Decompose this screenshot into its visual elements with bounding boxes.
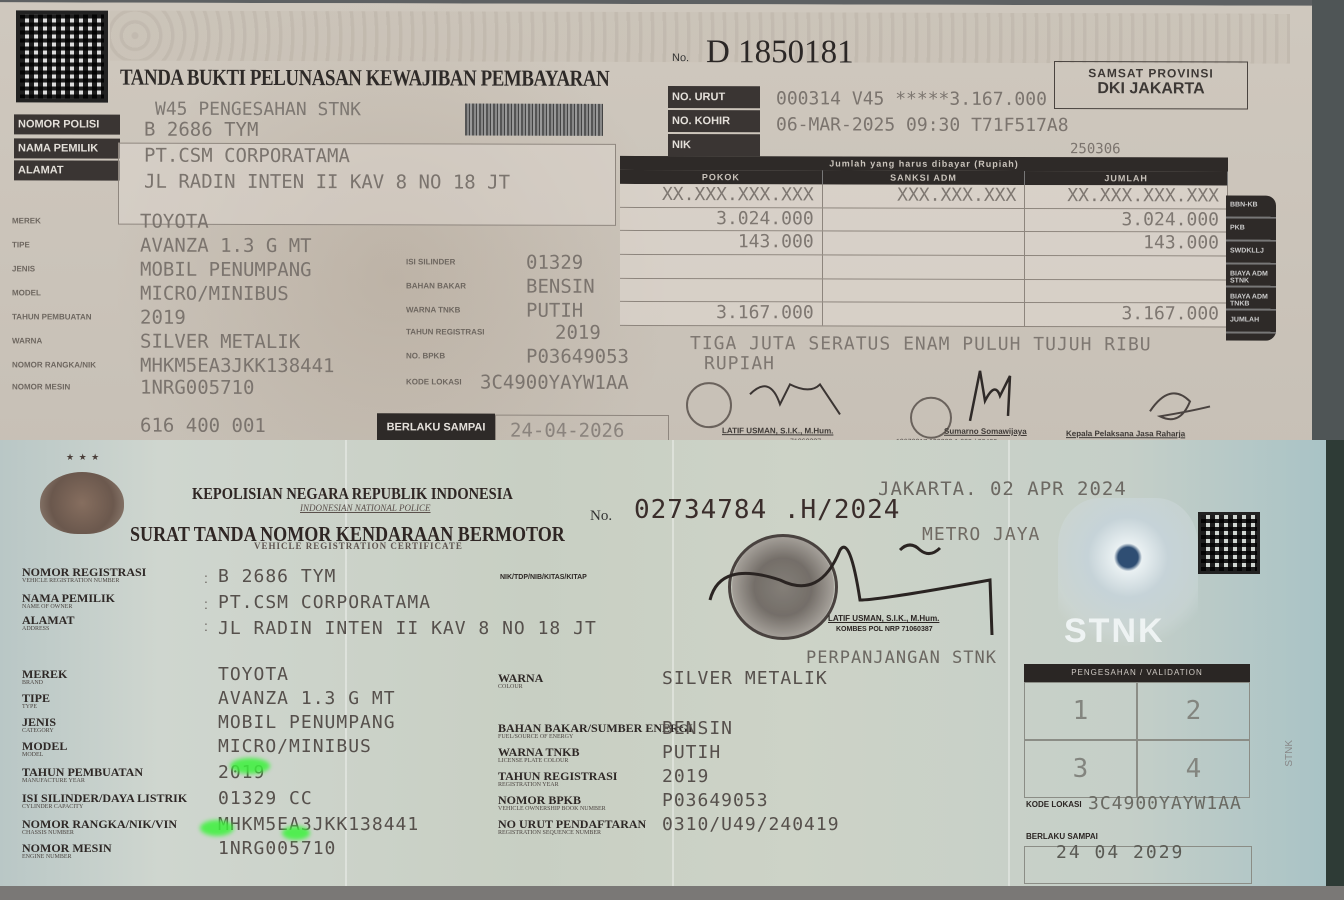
vehicle-field-label: NOMOR MESINENGINE NUMBER — [22, 842, 112, 861]
issue-place-date: JAKARTA. 02 APR 2024 — [878, 478, 1127, 500]
right-field-value: 2019 — [662, 766, 709, 787]
owner-field-label-text: NAMA PEMILIK — [22, 591, 115, 605]
highlight-mark — [230, 758, 270, 774]
right-field-value: P03649053 — [662, 790, 769, 811]
vehicle-field-value: 1NRG005710 — [218, 838, 336, 859]
right-field-label-en: COLOUR — [498, 684, 543, 691]
vehicle-field-label-en: CYLINDER CAPACITY — [22, 804, 187, 811]
table-cell — [620, 279, 823, 302]
receipt-meta: NO. URUT NO. KOHIR NIK — [0, 2, 1312, 5]
receipt-owner: PT.CSM CORPORATAMA — [144, 145, 350, 168]
officer-rank: KOMBES POL NRP 71060387 — [836, 626, 933, 633]
vehicle-label: MEREK — [12, 216, 41, 225]
background-edge — [1326, 440, 1344, 890]
officer-name: LATIF USMAN, S.I.K., M.Hum. — [828, 614, 939, 623]
right-field-label-en: LICENSE PLATE COLOUR — [498, 758, 579, 765]
right-field-value: BENSIN — [662, 718, 733, 739]
police-emblem-icon — [40, 472, 124, 534]
table-cell: XX.XXX.XXX.XXX — [1025, 185, 1228, 208]
vehicle-value: SILVER METALIK — [140, 331, 300, 353]
amount-words-line1: TIGA JUTA SERATUS ENAM PULUH TUJUH RIBU — [690, 334, 1152, 355]
right-field-label-text: TAHUN REGISTRASI — [498, 769, 617, 783]
table-body: XX.XXX.XXX.XXXXXX.XXX.XXXXX.XXX.XXX.XXX3… — [620, 184, 1228, 328]
vehicle-field-value: MOBIL PENUMPANG — [218, 712, 396, 733]
validation-cell-3: 3 — [1024, 740, 1137, 798]
highlight-mark — [200, 820, 234, 836]
payment-table: Jumlah yang harus dibayar (Rupiah) POKOK… — [620, 156, 1228, 328]
vehicle-right-value: 01329 — [526, 252, 583, 274]
vehicle-field-label-text: MODEL — [22, 739, 67, 753]
stnk-header-2-en: VEHICLE REGISTRATION CERTIFICATE — [254, 541, 463, 551]
hologram-text: STNK — [1064, 612, 1165, 651]
table-cell: 143.000 — [620, 231, 823, 254]
label-plate: NOMOR POLISI — [14, 114, 120, 134]
background-edge — [0, 886, 1344, 900]
table-cell — [823, 279, 1026, 302]
stnk-owner: PT.CSM CORPORATAMA — [218, 592, 431, 613]
vehicle-right-value: BENSIN — [526, 276, 595, 298]
receipt-plate: B 2686 TYM — [144, 119, 258, 141]
vehicle-field-label: TIPETYPE — [22, 692, 50, 711]
vehicle-field-label-en: MANUFACTURE YEAR — [22, 778, 143, 785]
vehicle-right-value: 2019 — [555, 322, 601, 344]
label-no-urut: NO. URUT — [668, 86, 760, 108]
table-cell: 3.167.000 — [620, 302, 823, 325]
row-tab: JUMLAH — [1226, 310, 1276, 333]
table-row: 3.167.0003.167.000 — [620, 302, 1228, 327]
vehicle-field-label: TAHUN PEMBUATANMANUFACTURE YEAR — [22, 766, 143, 785]
vehicle-field-label-text: ISI SILINDER/DAYA LISTRIK — [22, 791, 187, 805]
validation-cell-4: 4 — [1137, 740, 1250, 798]
vehicle-label: WARNA — [12, 336, 42, 345]
qr-code-icon — [16, 10, 108, 102]
validation-cell-1: 1 — [1024, 682, 1137, 740]
vehicle-field-value: MHKM5EA3JKK138441 — [218, 814, 419, 835]
vehicle-right-label: ISI SILINDER — [406, 257, 455, 266]
vehicle-right-value: PUTIH — [526, 300, 583, 322]
table-row — [620, 255, 1228, 280]
officer-signature-icon — [700, 540, 1000, 640]
stnk-number-label: No. — [590, 508, 612, 525]
owner-field-label: ALAMATADDRESS — [22, 614, 74, 633]
nik-label: NIK/TDP/NIB/KITAS/KITAP — [500, 572, 587, 584]
vehicle-value: 1NRG005710 — [140, 377, 254, 399]
vehicle-label: NOMOR MESIN — [12, 382, 70, 391]
vehicle-value: TOYOTA — [140, 211, 209, 233]
vehicle-field-label-en: CHASSIS NUMBER — [22, 830, 177, 837]
table-row: 3.024.0003.024.000 — [620, 208, 1228, 233]
stnk-address: JL RADIN INTEN II KAV 8 NO 18 JT — [218, 618, 597, 639]
label-address: ALAMAT — [14, 160, 120, 180]
table-cell — [823, 208, 1026, 231]
table-cell: XXX.XXX.XXX — [823, 184, 1026, 207]
stnk-plate: B 2686 TYM — [218, 566, 336, 587]
vehicle-field-label-text: JENIS — [22, 715, 56, 729]
payment-receipt: TANDA BUKTI PELUNASAN KEWAJIBAN PEMBAYAR… — [0, 2, 1312, 463]
stnk-number: 02734784 .H/2024 — [634, 495, 900, 525]
vehicle-field-label: MEREKBRAND — [22, 668, 67, 687]
col-pokok: POKOK — [620, 170, 823, 185]
samsat-stamp: SAMSAT PROVINSI DKI JAKARTA — [1054, 61, 1248, 110]
vehicle-field-label: MODELMODEL — [22, 740, 67, 759]
vehicle-field-label-text: TAHUN PEMBUATAN — [22, 765, 143, 779]
signature-icon — [950, 361, 1030, 431]
vehicle-field-label-en: BRAND — [22, 680, 67, 687]
vehicle-right-label: NO. BPKB — [406, 351, 445, 360]
table-cell — [1025, 256, 1228, 279]
right-field-label-text: NO URUT PENDAFTARAN — [498, 817, 646, 831]
vehicle-field-value: MICRO/MINIBUS — [218, 736, 372, 757]
table-cell: 3.167.000 — [1025, 303, 1228, 326]
vehicle-value: MHKM5EA3JKK138441 — [140, 355, 334, 378]
receipt-address: JL RADIN INTEN II KAV 8 NO 18 JT — [144, 171, 510, 194]
table-cell: 143.000 — [1025, 232, 1228, 255]
table-cell — [1025, 280, 1228, 303]
qr-code-icon — [1198, 512, 1260, 574]
vehicle-value: 2019 — [140, 307, 186, 329]
right-field-value: 0310/U49/240419 — [662, 814, 840, 835]
table-cell — [823, 303, 1026, 326]
expiry-value: 24 04 2029 — [1056, 842, 1184, 863]
table-row — [620, 279, 1228, 304]
vehicle-right-label: WARNA TNKB — [406, 305, 460, 314]
stnk-header-1-en: INDONESIAN NATIONAL POLICE — [300, 503, 431, 513]
vehicle-field-label-en: ENGINE NUMBER — [22, 854, 112, 861]
row-labels: BBN-KBPKBSWDKLLJBIAYA ADM STNKBIAYA ADM … — [1226, 195, 1276, 340]
validation-header: PENGESAHAN / VALIDATION — [1024, 664, 1250, 682]
vehicle-field-value: TOYOTA — [218, 664, 289, 685]
highlight-mark — [282, 826, 310, 840]
table-cell: XX.XXX.XXX.XXX — [620, 184, 823, 207]
right-field-label: NOMOR BPKBVEHICLE OWNERSHIP BOOK NUMBER — [498, 794, 606, 813]
vehicle-field-label-text: TIPE — [22, 691, 50, 705]
vehicle-field-value: AVANZA 1.3 G MT — [218, 688, 396, 709]
vehicle-label: JENIS — [12, 264, 35, 273]
renewal-note: PERPANJANGAN STNK — [806, 648, 997, 668]
col-sanksi: SANKSI ADM — [823, 170, 1026, 185]
owner-field-label-en: VEHICLE REGISTRATION NUMBER — [22, 578, 146, 585]
vehicle-field-label-en: MODEL — [22, 752, 67, 759]
expiry-label: BERLAKU SAMPAI — [1026, 832, 1098, 841]
signature-name-2: Sumarno Somawijaya — [944, 427, 1027, 436]
location-code-label: KODE LOKASI — [1026, 800, 1082, 809]
vehicle-label: NOMOR RANGKA/NIK — [12, 360, 96, 369]
colon: : — [204, 596, 208, 612]
table-cell: 3.024.000 — [1025, 209, 1228, 232]
validation-grid: PENGESAHAN / VALIDATION 1 2 3 4 — [1024, 664, 1250, 798]
ornament-band — [110, 11, 1290, 64]
stars-icon: ★ ★ ★ — [66, 453, 100, 461]
receipt-vehicle-info: MEREKTOYOTATIPEAVANZA 1.3 G MTJENISMOBIL… — [0, 2, 1312, 5]
receipt-title: TANDA BUKTI PELUNASAN KEWAJIBAN PEMBAYAR… — [120, 65, 609, 92]
stnk-header-1: KEPOLISIAN NEGARA REPUBLIK INDONESIA — [192, 484, 513, 504]
label-owner: NAMA PEMILIK — [14, 138, 120, 158]
extra-line: 616 400 001 — [140, 415, 266, 437]
signature-icon — [740, 364, 860, 424]
vehicle-right-label: TAHUN REGISTRASI — [406, 327, 485, 336]
table-cell — [620, 255, 823, 278]
right-field-label: WARNA TNKBLICENSE PLATE COLOUR — [498, 746, 579, 765]
signature-name-3: Kepala Pelaksana Jasa Raharja — [1066, 429, 1185, 438]
colon: : — [204, 618, 208, 634]
signature-icon — [1140, 381, 1220, 431]
owner-field-label-text: NOMOR REGISTRASI — [22, 565, 146, 579]
vehicle-label: TIPE — [12, 240, 30, 249]
owner-field-label: NOMOR REGISTRASIVEHICLE REGISTRATION NUM… — [22, 566, 146, 585]
vehicle-value: MICRO/MINIBUS — [140, 283, 289, 305]
colon: : — [204, 570, 208, 586]
vehicle-field-label-text: MEREK — [22, 667, 67, 681]
vehicle-right-value: P03649053 — [526, 346, 629, 368]
right-field-value: PUTIH — [662, 742, 721, 763]
owner-field-label-en: NAME OF OWNER — [22, 604, 115, 611]
vehicle-right-value: 3C4900YAYW1AA — [480, 372, 629, 394]
receipt-number: D 1850181 — [706, 34, 854, 71]
vehicle-field-label-en: CATEGORY — [22, 728, 56, 735]
row-tab: PKB — [1226, 218, 1276, 241]
receipt-owner-labels: NOMOR POLISI NAMA PEMILIK ALAMAT — [0, 2, 1312, 5]
owner-field-label-en: ADDRESS — [22, 626, 74, 633]
table-cell: 3.024.000 — [620, 208, 823, 231]
signature-name-1: LATIF USMAN, S.I.K., M.Hum. — [722, 426, 833, 435]
nik-value: 250306 — [1070, 141, 1121, 157]
vehicle-field-label-text: NOMOR RANGKA/NIK/VIN — [22, 817, 177, 831]
col-jumlah: JUMLAH — [1025, 171, 1228, 186]
no-kohir-value: 06-MAR-2025 09:30 T71F517A8 — [776, 114, 1069, 136]
owner-field-label-text: ALAMAT — [22, 613, 74, 627]
table-cell — [823, 232, 1026, 255]
vehicle-field-label: ISI SILINDER/DAYA LISTRIKCYLINDER CAPACI… — [22, 792, 187, 811]
vehicle-field-value: 01329 CC — [218, 788, 313, 809]
stamp-line1: SAMSAT PROVINSI — [1055, 66, 1247, 81]
right-field-label-text: WARNA — [498, 671, 543, 685]
location-code-value: 3C4900YAYW1AA — [1088, 793, 1242, 814]
right-field-label: TAHUN REGISTRASIREGISTRATION YEAR — [498, 770, 617, 789]
barcode-icon — [465, 103, 603, 135]
right-field-label-text: NOMOR BPKB — [498, 793, 581, 807]
vehicle-field-label-text: NOMOR MESIN — [22, 841, 112, 855]
seal-icon — [686, 382, 732, 428]
vehicle-value: MOBIL PENUMPANG — [140, 259, 312, 281]
valid-until-value: 24-04-2026 — [510, 420, 624, 442]
row-tab: BBN-KB — [1226, 195, 1276, 218]
owner-field-label: NAMA PEMILIKNAME OF OWNER — [22, 592, 115, 611]
stamp-line2: DKI JAKARTA — [1055, 80, 1247, 99]
right-field-label: NO URUT PENDAFTARANREGISTRATION SEQUENCE… — [498, 818, 646, 837]
background-edge — [1312, 0, 1344, 460]
vehicle-right-label: KODE LOKASI — [406, 377, 462, 386]
right-field-label-en: REGISTRATION SEQUENCE NUMBER — [498, 830, 646, 837]
no-urut-value: 000314 V45 *****3.167.000 — [776, 88, 1047, 110]
table-row: XX.XXX.XXX.XXXXXX.XXX.XXXXX.XXX.XXX.XXX — [620, 184, 1228, 209]
vehicle-field-label-en: TYPE — [22, 704, 50, 711]
table-row: 143.000143.000 — [620, 231, 1228, 256]
label-nik: NIK — [668, 134, 760, 156]
label-no-kohir: NO. KOHIR — [668, 110, 760, 132]
validation-cell-2: 2 — [1137, 682, 1250, 740]
fold-line — [1008, 440, 1010, 888]
vehicle-label: TAHUN PEMBUATAN — [12, 312, 92, 321]
vehicle-label: MODEL — [12, 288, 41, 297]
row-tab: BIAYA ADM STNK — [1226, 264, 1276, 287]
row-tab: BIAYA ADM TNKB — [1226, 287, 1276, 310]
receipt-number-label: No. — [672, 52, 689, 64]
vehicle-field-label: JENISCATEGORY — [22, 716, 56, 735]
side-text: STNK — [1284, 740, 1298, 767]
vehicle-field-label: NOMOR RANGKA/NIK/VINCHASSIS NUMBER — [22, 818, 177, 837]
right-field-label: WARNACOLOUR — [498, 672, 543, 691]
right-field-label-en: REGISTRATION YEAR — [498, 782, 617, 789]
table-cell — [823, 255, 1026, 278]
valid-until-label: BERLAKU SAMPAI — [377, 413, 495, 441]
vehicle-right-label: BAHAN BAKAR — [406, 281, 466, 290]
vehicle-value: AVANZA 1.3 G MT — [140, 235, 312, 257]
receipt-subtitle: W45 PENGESAHAN STNK — [155, 99, 361, 121]
right-field-label-text: WARNA TNKB — [498, 745, 579, 759]
right-field-value: SILVER METALIK — [662, 668, 828, 689]
row-tab: SWDKLLJ — [1226, 241, 1276, 264]
right-field-label-en: VEHICLE OWNERSHIP BOOK NUMBER — [498, 806, 606, 813]
